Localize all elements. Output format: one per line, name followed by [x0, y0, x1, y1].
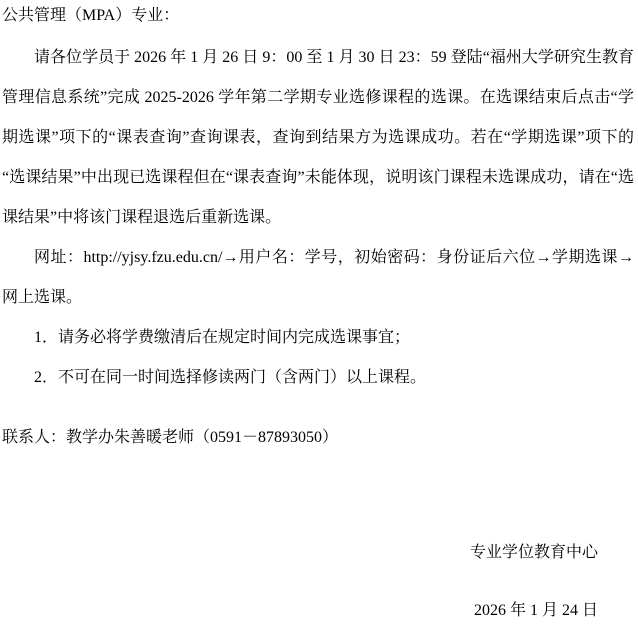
para-course-selection-instructions: 请各位学员于 2026 年 1 月 26 日 9：00 至 1 月 30 日 2… — [2, 38, 634, 238]
doc-heading-major: 公共管理（MPA）专业： — [2, 0, 634, 36]
signature-organization: 专业学位教育中心 — [2, 533, 634, 573]
website-label: 网址： — [34, 249, 83, 266]
notice-document: 公共管理（MPA）专业： 请各位学员于 2026 年 1 月 26 日 9：00… — [0, 0, 638, 631]
contact-line: 联系人：教学办朱善暖老师（0591－87893050） — [2, 418, 634, 458]
para-website-login: 网址：http://yjsy.fzu.edu.cn/→用户名：学号，初始密码：身… — [2, 238, 634, 318]
signature-date: 2026 年 1 月 24 日 — [2, 591, 634, 631]
note-item-1: 1．请务必将学费缴清后在规定时间内完成选课事宜； — [2, 318, 634, 358]
note-item-2: 2．不可在同一时间选择修读两门（含两门）以上课程。 — [2, 358, 634, 398]
portal-url: http://yjsy.fzu.edu.cn/ — [83, 249, 222, 266]
